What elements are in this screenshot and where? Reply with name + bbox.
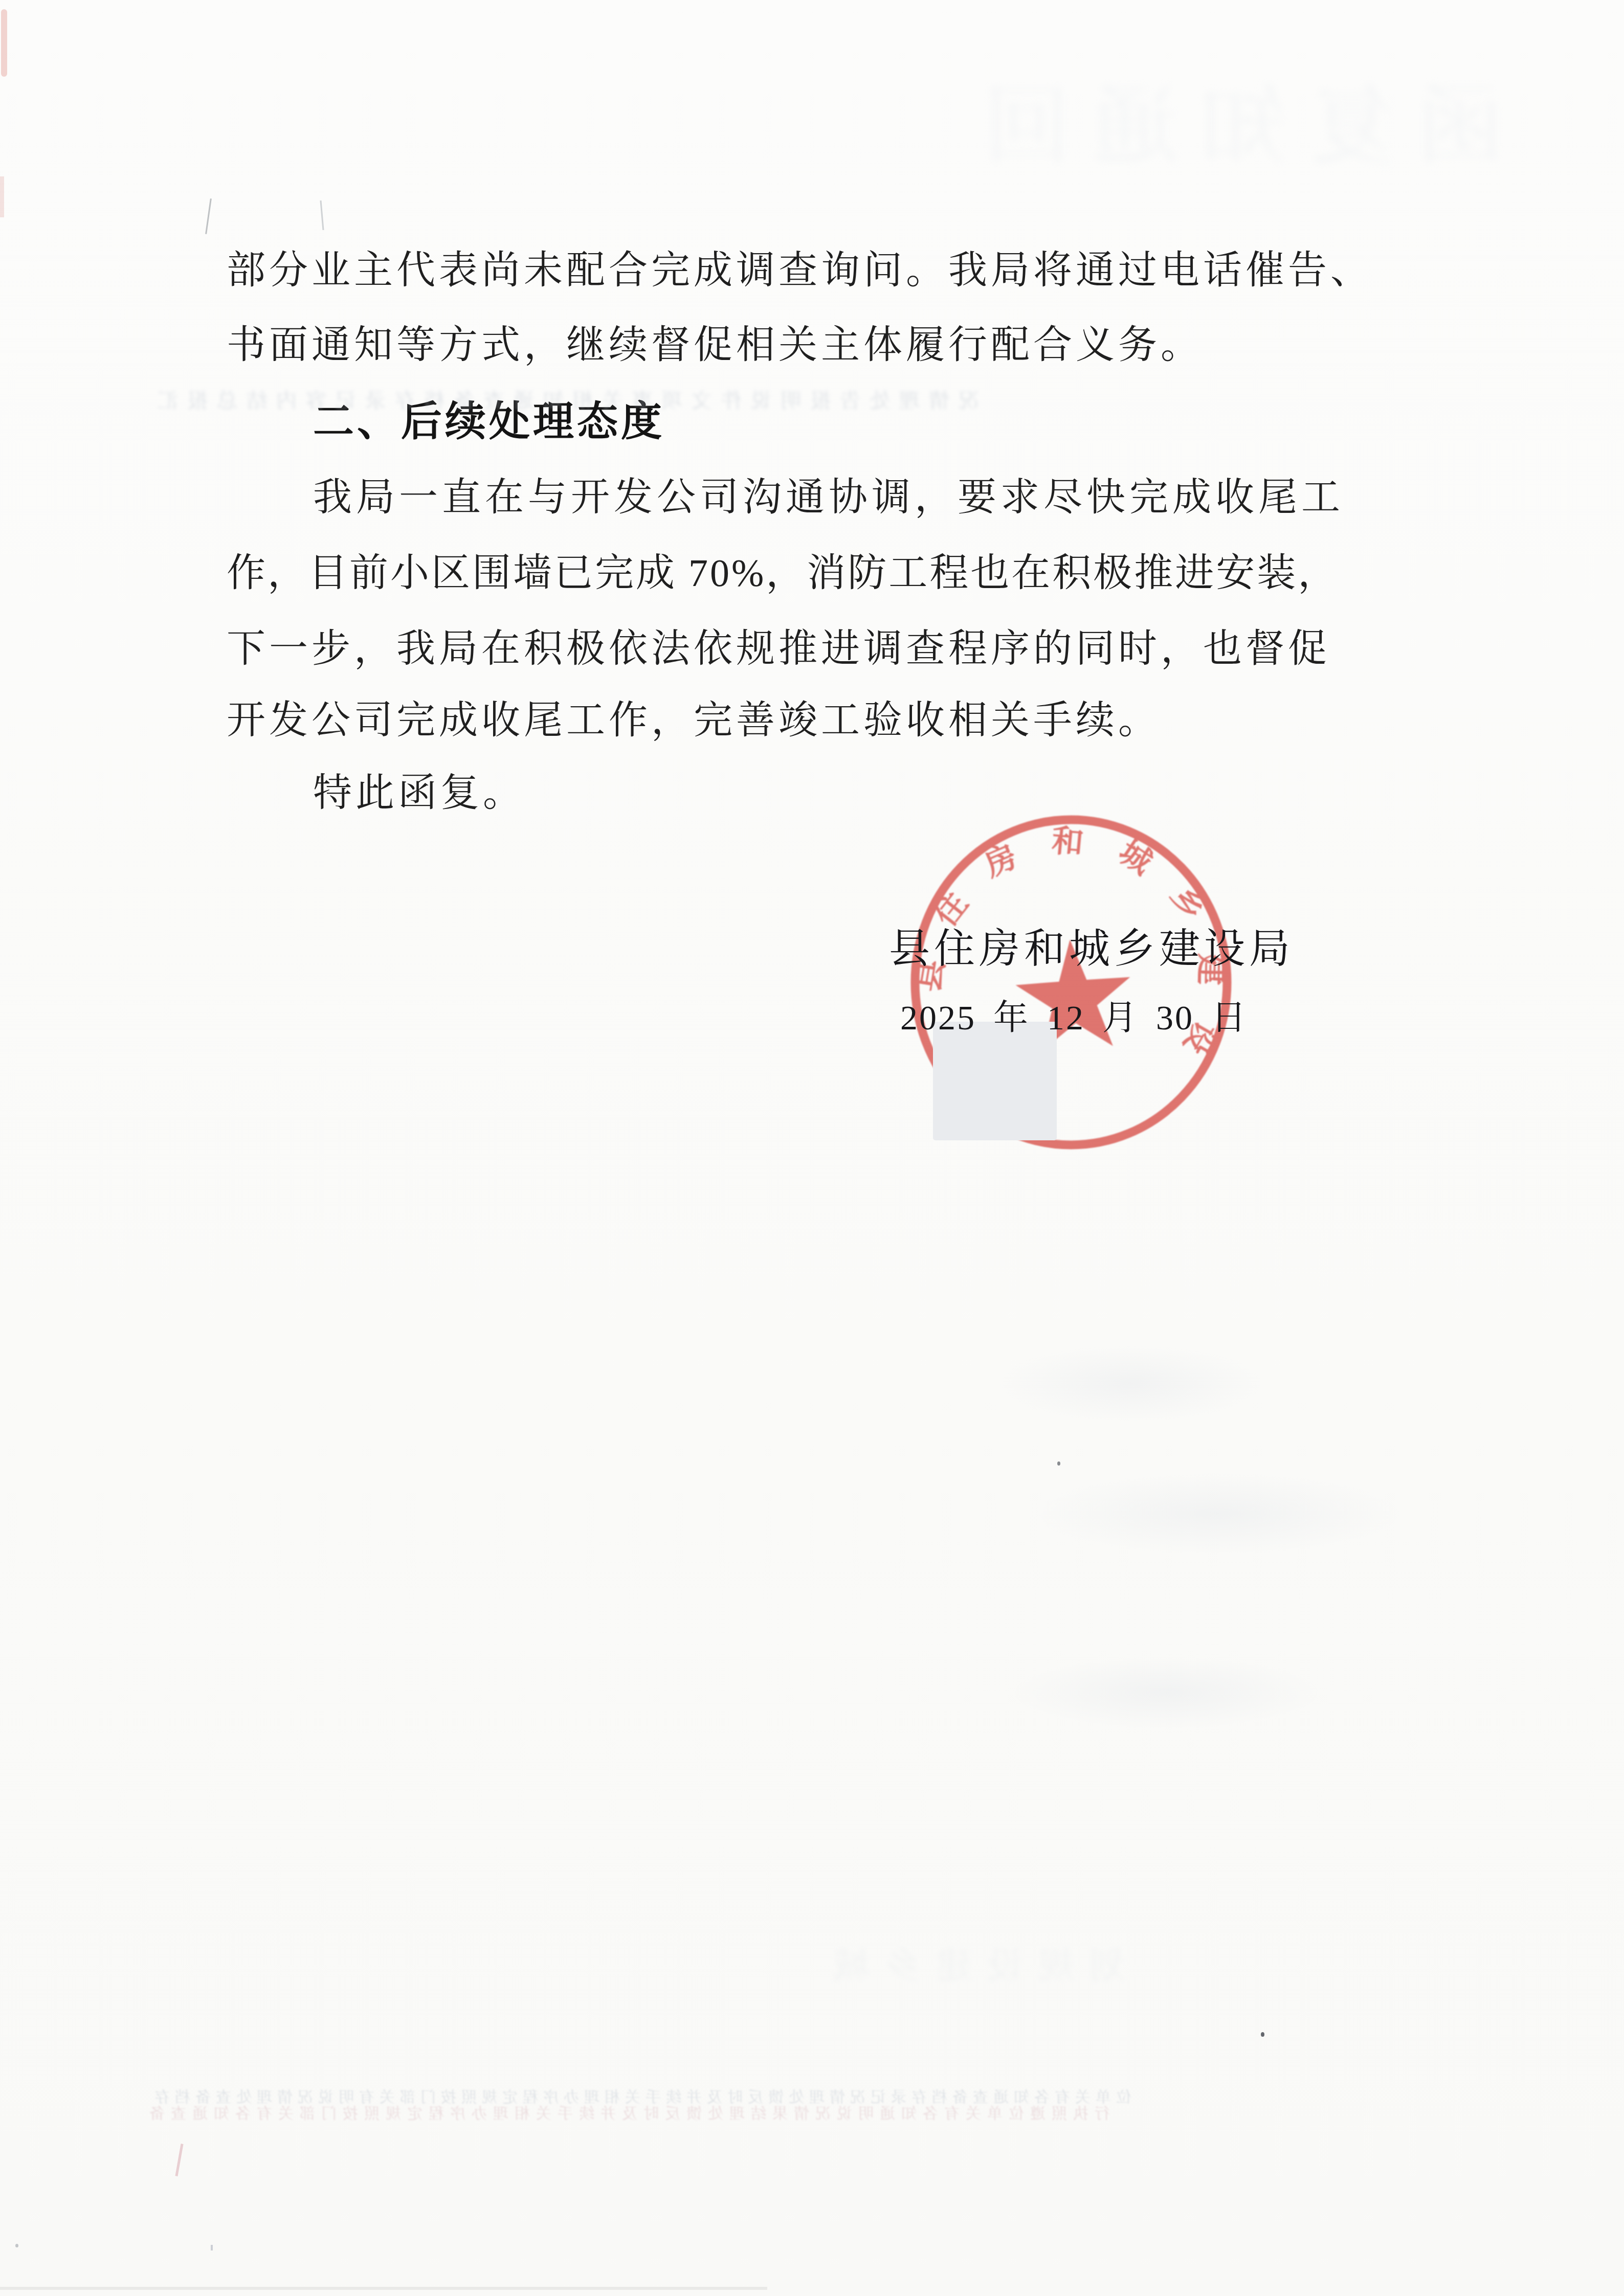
scan-mark (211, 2245, 213, 2250)
scan-edge-smear (1, 9, 7, 77)
scan-smudge (1033, 1473, 1401, 1555)
scan-speck (1057, 1461, 1060, 1466)
closing-line: 特此函复。 (313, 770, 525, 817)
body-line-3: 我局一直在与开发公司沟通协调，要求尽快完成收尾工 (313, 475, 1344, 521)
scan-mark (320, 200, 324, 230)
scan-speck (1261, 2032, 1264, 2037)
scan-smudge (1013, 1657, 1320, 1728)
scan-mark (175, 2144, 183, 2176)
signature-org: 县住房和城乡建设局 (889, 915, 1294, 974)
body-line-1: 部分业主代表尚未配合完成调查询问。我局将通过电话催告、 (227, 247, 1373, 294)
bleed-through-line-pink: 行执照遵位单关有各知通明说况情果结理处馈反时及并续手关相理办序程定规照按门部关有… (143, 2101, 1110, 2123)
body-line-2: 书面通知等方式，继续督促相关主体履行配合义务。 (227, 322, 1203, 369)
signature-date: 2025 年 12 月 30 日 (900, 990, 1248, 1040)
body-line-6: 开发公司完成收尾工作，完善竣工验收相关手续。 (227, 697, 1161, 744)
bleed-through-line-gray: 位单关有各知通查备档存录记况情理处馈反时及并续手关相理办序程定规照按门部关有明说… (149, 2084, 1131, 2107)
body-line-4: 作，目前小区围墙已完成 70%，消防工程也在积极推进安装， (227, 550, 1339, 597)
scan-edge-smear (0, 176, 4, 217)
body-line-5: 下一步，我局在积极依法依规推进调查程序的同时，也督促 (227, 626, 1330, 672)
section-heading: 二、后续处理态度 (313, 397, 665, 446)
bleed-through-title: 函复知通回 (962, 56, 1504, 182)
scan-mark (205, 198, 212, 234)
scan-speck (15, 2244, 18, 2247)
scanned-letter-page: 函复知通回 况情理处告报明说件文项事关相知通查备档存录记容内结总报汇 划规设建乡… (0, 0, 1624, 2296)
bleed-through-block: 划规设建乡城 (818, 1937, 1125, 1989)
scan-edge-shadow (0, 2287, 767, 2290)
scan-smudge (997, 1345, 1263, 1422)
